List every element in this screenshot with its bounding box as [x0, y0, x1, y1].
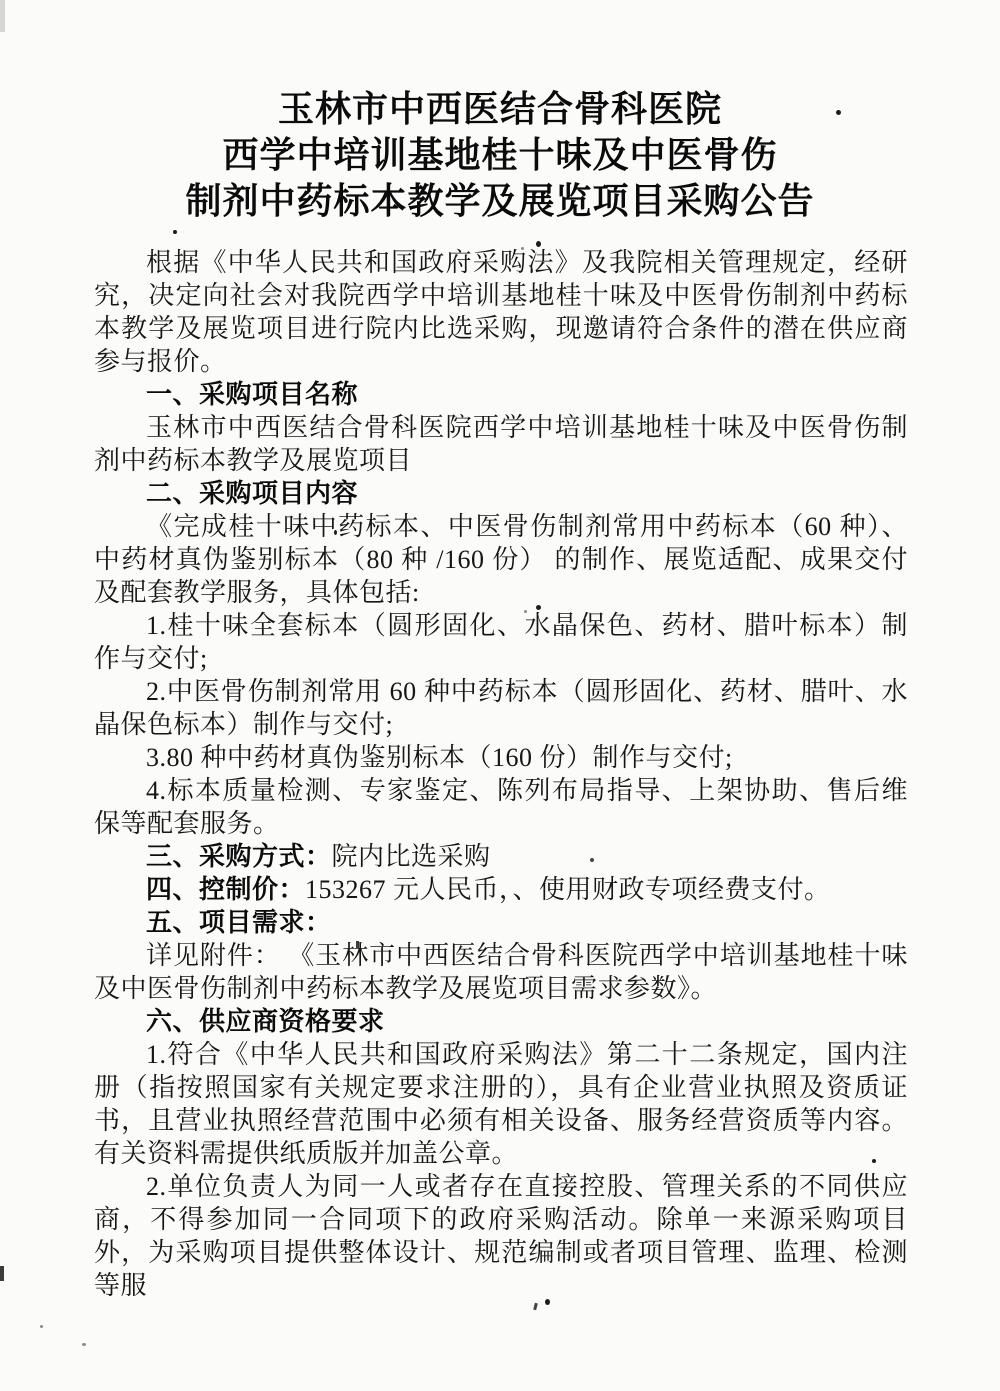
section-5-body: 详见附件： 《玉林市中西医结合骨科医院西学中培训基地桂十味及中医骨伤制剂中药标本… [94, 939, 908, 1005]
section-2-item-2: 2.中医骨伤制剂常用 60 种中药标本（圆形固化、药材、腊叶、水晶保色标本）制作… [94, 675, 908, 741]
scan-speckle [536, 605, 541, 610]
section-6-item-1: 1.符合《中华人民共和国政府采购法》第二十二条规定，国内注册（指按照国家有关规定… [94, 1038, 908, 1170]
scan-speckle [356, 941, 359, 948]
scan-smudge [0, 0, 5, 32]
scan-speckle [545, 1299, 550, 1305]
scan-speckle [521, 247, 524, 250]
section-4-line: 四、控制价：153267 元人民币，、使用财政专项经费支付。 [94, 873, 908, 906]
intro-paragraph: 根据《中华人民共和国政府采购法》及我院相关管理规定，经研究，决定向社会对我院西学… [94, 246, 908, 378]
scan-speckle [334, 530, 337, 535]
scan-speckle [590, 858, 594, 862]
scan-speckle [82, 1343, 86, 1346]
scan-speckle [533, 1303, 538, 1311]
document-title: 玉林市中西医结合骨科医院 西学中培训基地桂十味及中医骨伤 制剂中药标本教学及展览… [0, 0, 1000, 224]
scan-speckle [173, 230, 177, 234]
title-line-1: 玉林市中西医结合骨科医院 [0, 86, 1000, 132]
scan-speckle [40, 1325, 43, 1328]
scan-speckle [536, 241, 541, 247]
scan-edge-mark [0, 1266, 4, 1281]
section-2-item-4: 4.标本质量检测、专家鉴定、陈列布局指导、上架协助、售后维保等配套服务。 [94, 774, 908, 840]
scan-speckle [836, 110, 841, 115]
section-2-heading: 二、采购项目内容 [94, 477, 908, 510]
document-body: 根据《中华人民共和国政府采购法》及我院相关管理规定，经研究，决定向社会对我院西学… [94, 246, 908, 1302]
section-2-item-3: 3.80 种中药材真伪鉴别标本（160 份）制作与交付; [94, 741, 908, 774]
section-2-item-1: 1.桂十味全套标本（圆形固化、水晶保色、药材、腊叶标本）制作与交付; [94, 609, 908, 675]
section-3-value: 院内比选采购 [332, 842, 491, 871]
section-3-heading: 三、采购方式： [146, 841, 332, 871]
section-3-line: 三、采购方式：院内比选采购 [94, 840, 908, 873]
section-2-intro: 《完成桂十味中药标本、中医骨伤制剂常用中药标本（60 种）、中药材真伪鉴别标本（… [94, 510, 908, 609]
section-5-heading: 五、项目需求： [94, 906, 908, 939]
title-line-3: 制剂中药标本教学及展览项目采购公告 [0, 178, 1000, 224]
scan-speckle [524, 610, 527, 613]
title-line-2: 西学中培训基地桂十味及中医骨伤 [0, 132, 1000, 178]
scan-speckle [872, 1159, 876, 1163]
section-6-heading: 六、供应商资格要求 [94, 1005, 908, 1038]
section-4-value: 153267 元人民币，、使用财政专项经费支付。 [305, 875, 831, 904]
section-6-item-2: 2.单位负责人为同一人或者存在直接控股、管理关系的不同供应商，不得参加同一合同项… [94, 1170, 908, 1302]
section-4-heading: 四、控制价： [146, 874, 305, 904]
scanned-document-page: 玉林市中西医结合骨科医院 西学中培训基地桂十味及中医骨伤 制剂中药标本教学及展览… [0, 0, 1000, 1391]
section-1-heading: 一、采购项目名称 [94, 378, 908, 411]
section-1-body: 玉林市中西医结合骨科医院西学中培训基地桂十味及中医骨伤制剂中药标本教学及展览项目 [94, 411, 908, 477]
